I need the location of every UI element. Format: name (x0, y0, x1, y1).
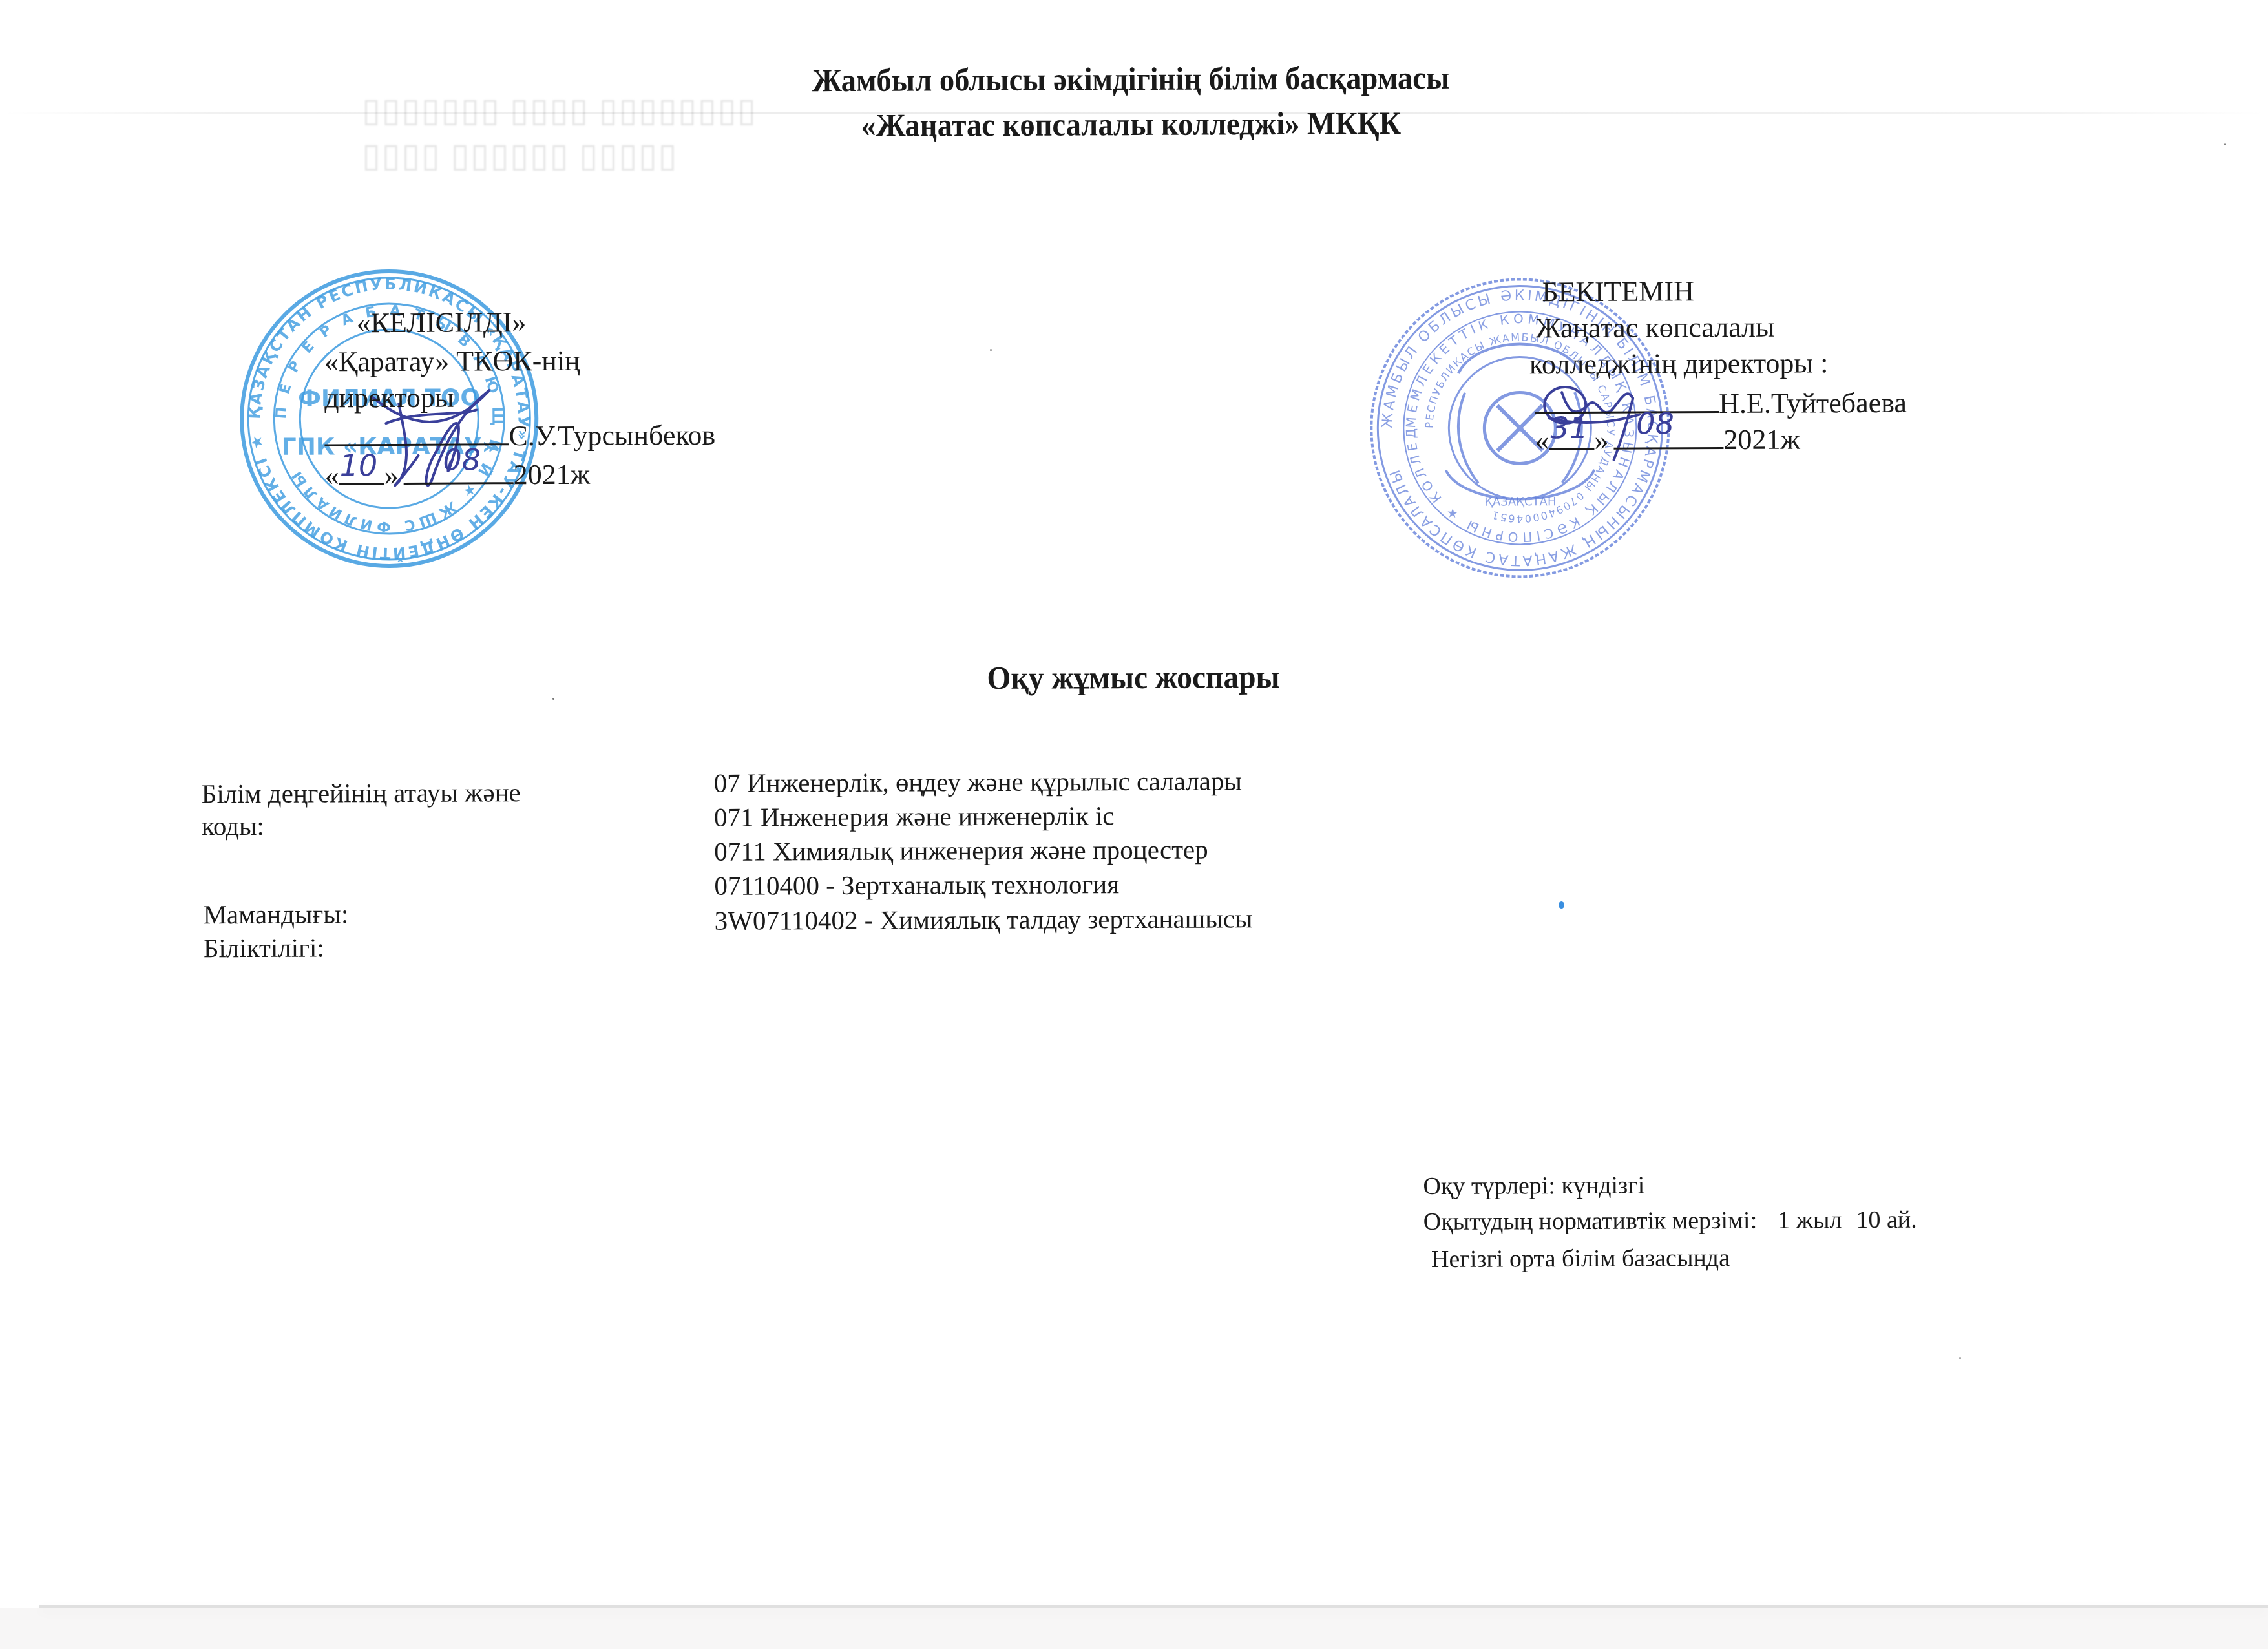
study-duration-months: 10 ай. (1856, 1206, 1916, 1234)
agreed-heading: «КЕЛІСІЛДІ» (356, 306, 526, 339)
study-duration-line: Оқытудың нормативтік мерзімі:1 жыл10 ай. (1423, 1205, 1917, 1237)
header-organization: Жамбыл облысы әкімдігінің білім басқарма… (76, 55, 2186, 103)
approved-position: колледжінің директоры : (1529, 347, 1829, 381)
agreed-name: С.У.Турсынбеков (509, 419, 715, 452)
signature-underline (1535, 384, 1719, 414)
document-title: Оқу жұмыс жоспары (56, 653, 2211, 702)
date-quote-close: » (1594, 425, 1608, 456)
study-basis: Негізгі орта білім базасында (1431, 1243, 1730, 1274)
education-level-label: Білім деңгейінің атауы және (202, 777, 521, 809)
qualification-label: Біліктілігі: (204, 932, 324, 963)
agreed-organization: «Қаратау» ТКӨК-нің (324, 345, 580, 379)
approved-name: Н.Е.Туйтебаева (1719, 387, 1907, 419)
spec-value-specialty: 07110400 - Зертханалық технология (714, 868, 1119, 901)
spec-value-broad-field: 07 Инженерлік, өңдеу және құрылыс салала… (714, 765, 1242, 799)
approved-year: 2021ж (1723, 423, 1800, 456)
study-duration-label: Оқытудың нормативтік мерзімі: (1423, 1207, 1758, 1235)
study-form-value: күндізгі (1561, 1172, 1644, 1200)
scanned-document-page: ▯▯▯▯▯▯▯ ▯▯▯▯ ▯▯▯▯▯▯▯▯ ▯▯▯▯ ▯▯▯▯▯▯ ▯▯▯▯▯ … (0, 0, 2268, 1649)
study-form-label: Оқу түрлері: (1423, 1172, 1555, 1200)
approved-heading: БЕКІТЕМІН (1542, 275, 1694, 308)
svg-text:ҚАЗАҚСТАН: ҚАЗАҚСТАН (1484, 495, 1556, 509)
approved-handwritten-day: 31 (1550, 410, 1588, 445)
signature-underline (324, 416, 509, 446)
spec-value-qualification: 3W07110402 - Химиялық талдау зертханашыс… (715, 903, 1253, 936)
date-quote-close: » (384, 459, 399, 491)
date-quote-open: « (1535, 425, 1549, 456)
spec-value-detailed-field: 0711 Химиялық инженерия және процестер (714, 834, 1208, 867)
approved-signature-line: Н.Е.Туйтебаева (1535, 383, 1907, 421)
approved-organization: Жаңатас көпсалалы (1536, 311, 1775, 345)
date-quote-open: « (325, 459, 339, 491)
approved-handwritten-month: 08 (1636, 406, 1674, 441)
spec-value-narrow-field: 071 Инженерия және инженерлік іс (714, 800, 1115, 833)
agreed-year: 2021ж (514, 459, 591, 491)
study-duration-years: 1 жыл (1778, 1206, 1842, 1234)
header-college: «Жаңатас көпсалалы колледжі» МКҚК (76, 100, 2186, 148)
agreed-signature-line: С.У.Турсынбеков (324, 415, 715, 454)
agreed-position: директоры (324, 382, 454, 415)
education-level-code-label: коды: (202, 810, 264, 841)
agreed-handwritten-month: 08 (443, 442, 481, 477)
agreed-handwritten-day: 10 (339, 448, 377, 483)
study-form-line: Оқу түрлері: күндізгі (1423, 1171, 1644, 1201)
document-content: Жамбыл облысы әкімдігінің білім басқарма… (0, 0, 2268, 1649)
specialty-label: Мамандығы: (203, 898, 348, 930)
